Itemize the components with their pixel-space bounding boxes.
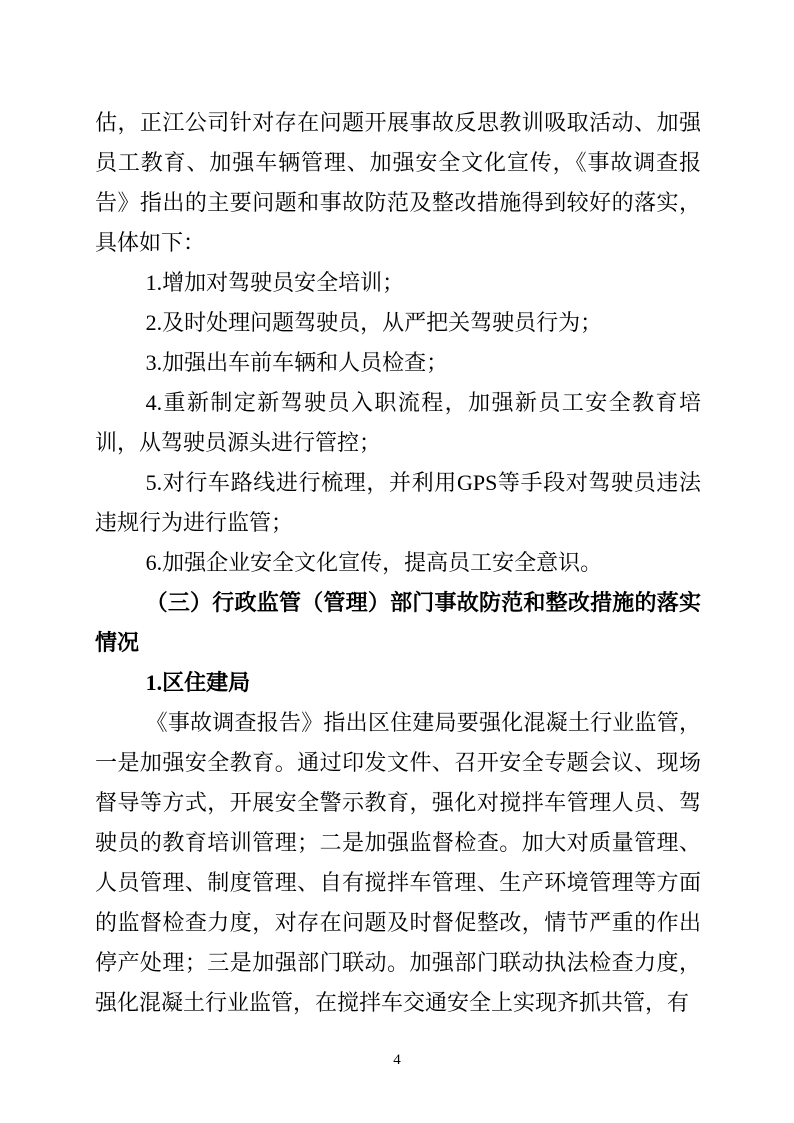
document-page: 估，正江公司针对存在问题开展事故反思教训吸取活动、加强员工教育、加强车辆管理、加… — [0, 0, 794, 1123]
paragraph-continuation: 估，正江公司针对存在问题开展事故反思教训吸取活动、加强员工教育、加强车辆管理、加… — [95, 103, 701, 263]
list-item-3: 3.加强出车前车辆和人员检查； — [95, 343, 701, 383]
list-item-4: 4.重新制定新驾驶员入职流程，加强新员工安全教育培训，从驾驶员源头进行管控； — [95, 383, 701, 463]
section-heading-three: （三）行政监管（管理）部门事故防范和整改措施的落实情况 — [95, 583, 701, 663]
subsection-heading-1: 1.区住建局 — [95, 663, 701, 703]
document-body: 估，正江公司针对存在问题开展事故反思教训吸取活动、加强员工教育、加强车辆管理、加… — [95, 103, 701, 1023]
list-item-2: 2.及时处理问题驾驶员，从严把关驾驶员行为； — [95, 303, 701, 343]
list-item-1: 1.增加对驾驶员安全培训； — [95, 263, 701, 303]
list-item-5: 5.对行车路线进行梳理，并利用GPS等手段对驾驶员违法违规行为进行监管； — [95, 463, 701, 543]
page-footer: 4 — [0, 1052, 794, 1069]
paragraph-housing-bureau: 《事故调查报告》指出区住建局要强化混凝土行业监管，一是加强安全教育。通过印发文件… — [95, 703, 701, 1023]
page-number: 4 — [393, 1052, 401, 1068]
list-item-6: 6.加强企业安全文化宣传，提高员工安全意识。 — [95, 543, 701, 583]
